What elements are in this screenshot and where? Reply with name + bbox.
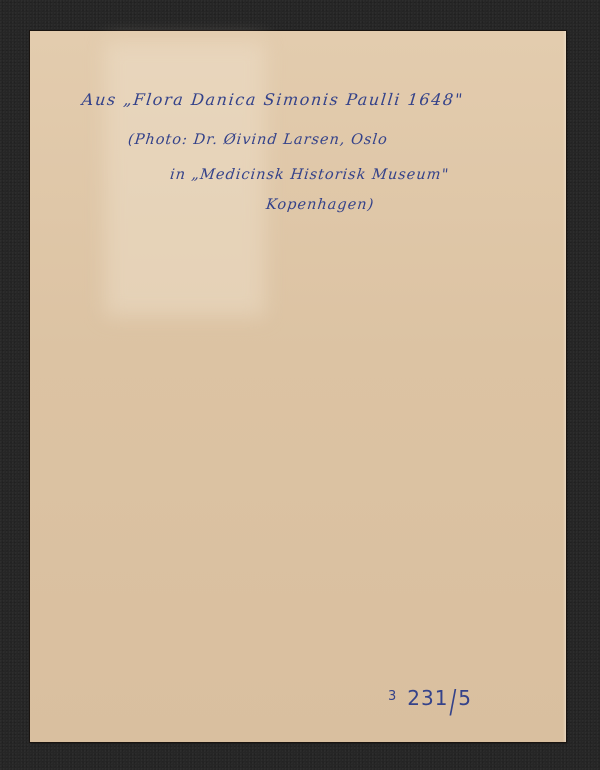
- document-card: Aus „Flora Danica Simonis Paulli 1648" (…: [30, 31, 566, 742]
- source-line: Aus „Flora Danica Simonis Paulli 1648": [81, 90, 465, 109]
- catalog-separator: /: [449, 682, 457, 720]
- catalog-number: 3231/5: [388, 686, 472, 710]
- catalog-prefix: 3: [388, 689, 397, 704]
- catalog-suffix: 5: [458, 686, 472, 710]
- photo-credit-line: (Photo: Dr. Øivind Larsen, Oslo: [127, 132, 388, 148]
- city-line: Kopenhagen): [265, 197, 375, 213]
- museum-line: in „Medicinsk Historisk Museum": [169, 167, 450, 183]
- catalog-main: 231: [407, 686, 448, 710]
